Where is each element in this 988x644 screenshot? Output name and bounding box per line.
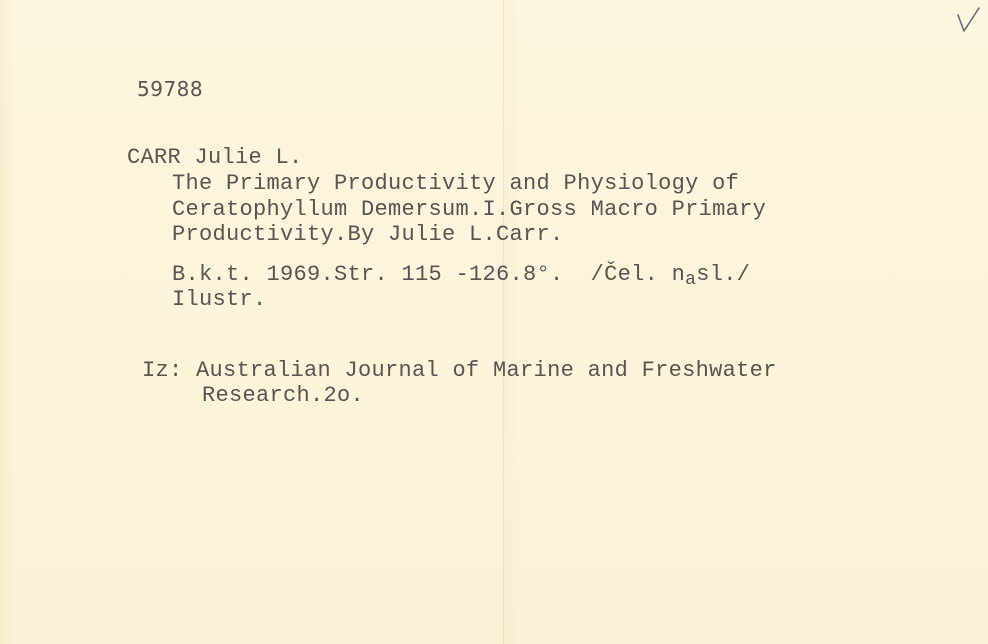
card-fold-line <box>503 0 504 644</box>
collation-line-2: Ilustr. <box>172 287 267 312</box>
title-line-3: Productivity.By Julie L.Carr. <box>172 222 564 247</box>
source-line-2: Research.2o. <box>202 383 364 408</box>
check-mark-icon <box>955 5 981 35</box>
author-name: CARR Julie L. <box>127 145 303 170</box>
collation-subscript: a <box>685 270 696 290</box>
accession-number: 59788 <box>137 77 203 102</box>
collation-suffix: sl./ <box>696 262 750 287</box>
catalog-card: 59788 CARR Julie L. The Primary Producti… <box>0 0 988 644</box>
source-line-1: Iz: Australian Journal of Marine and Fre… <box>142 358 777 383</box>
title-line-1: The Primary Productivity and Physiology … <box>172 171 739 196</box>
collation-text: B.k.t. 1969.Str. 115 -126.8°. /Čel. n <box>172 262 685 287</box>
title-line-2: Ceratophyllum Demersum.I.Gross Macro Pri… <box>172 197 766 222</box>
